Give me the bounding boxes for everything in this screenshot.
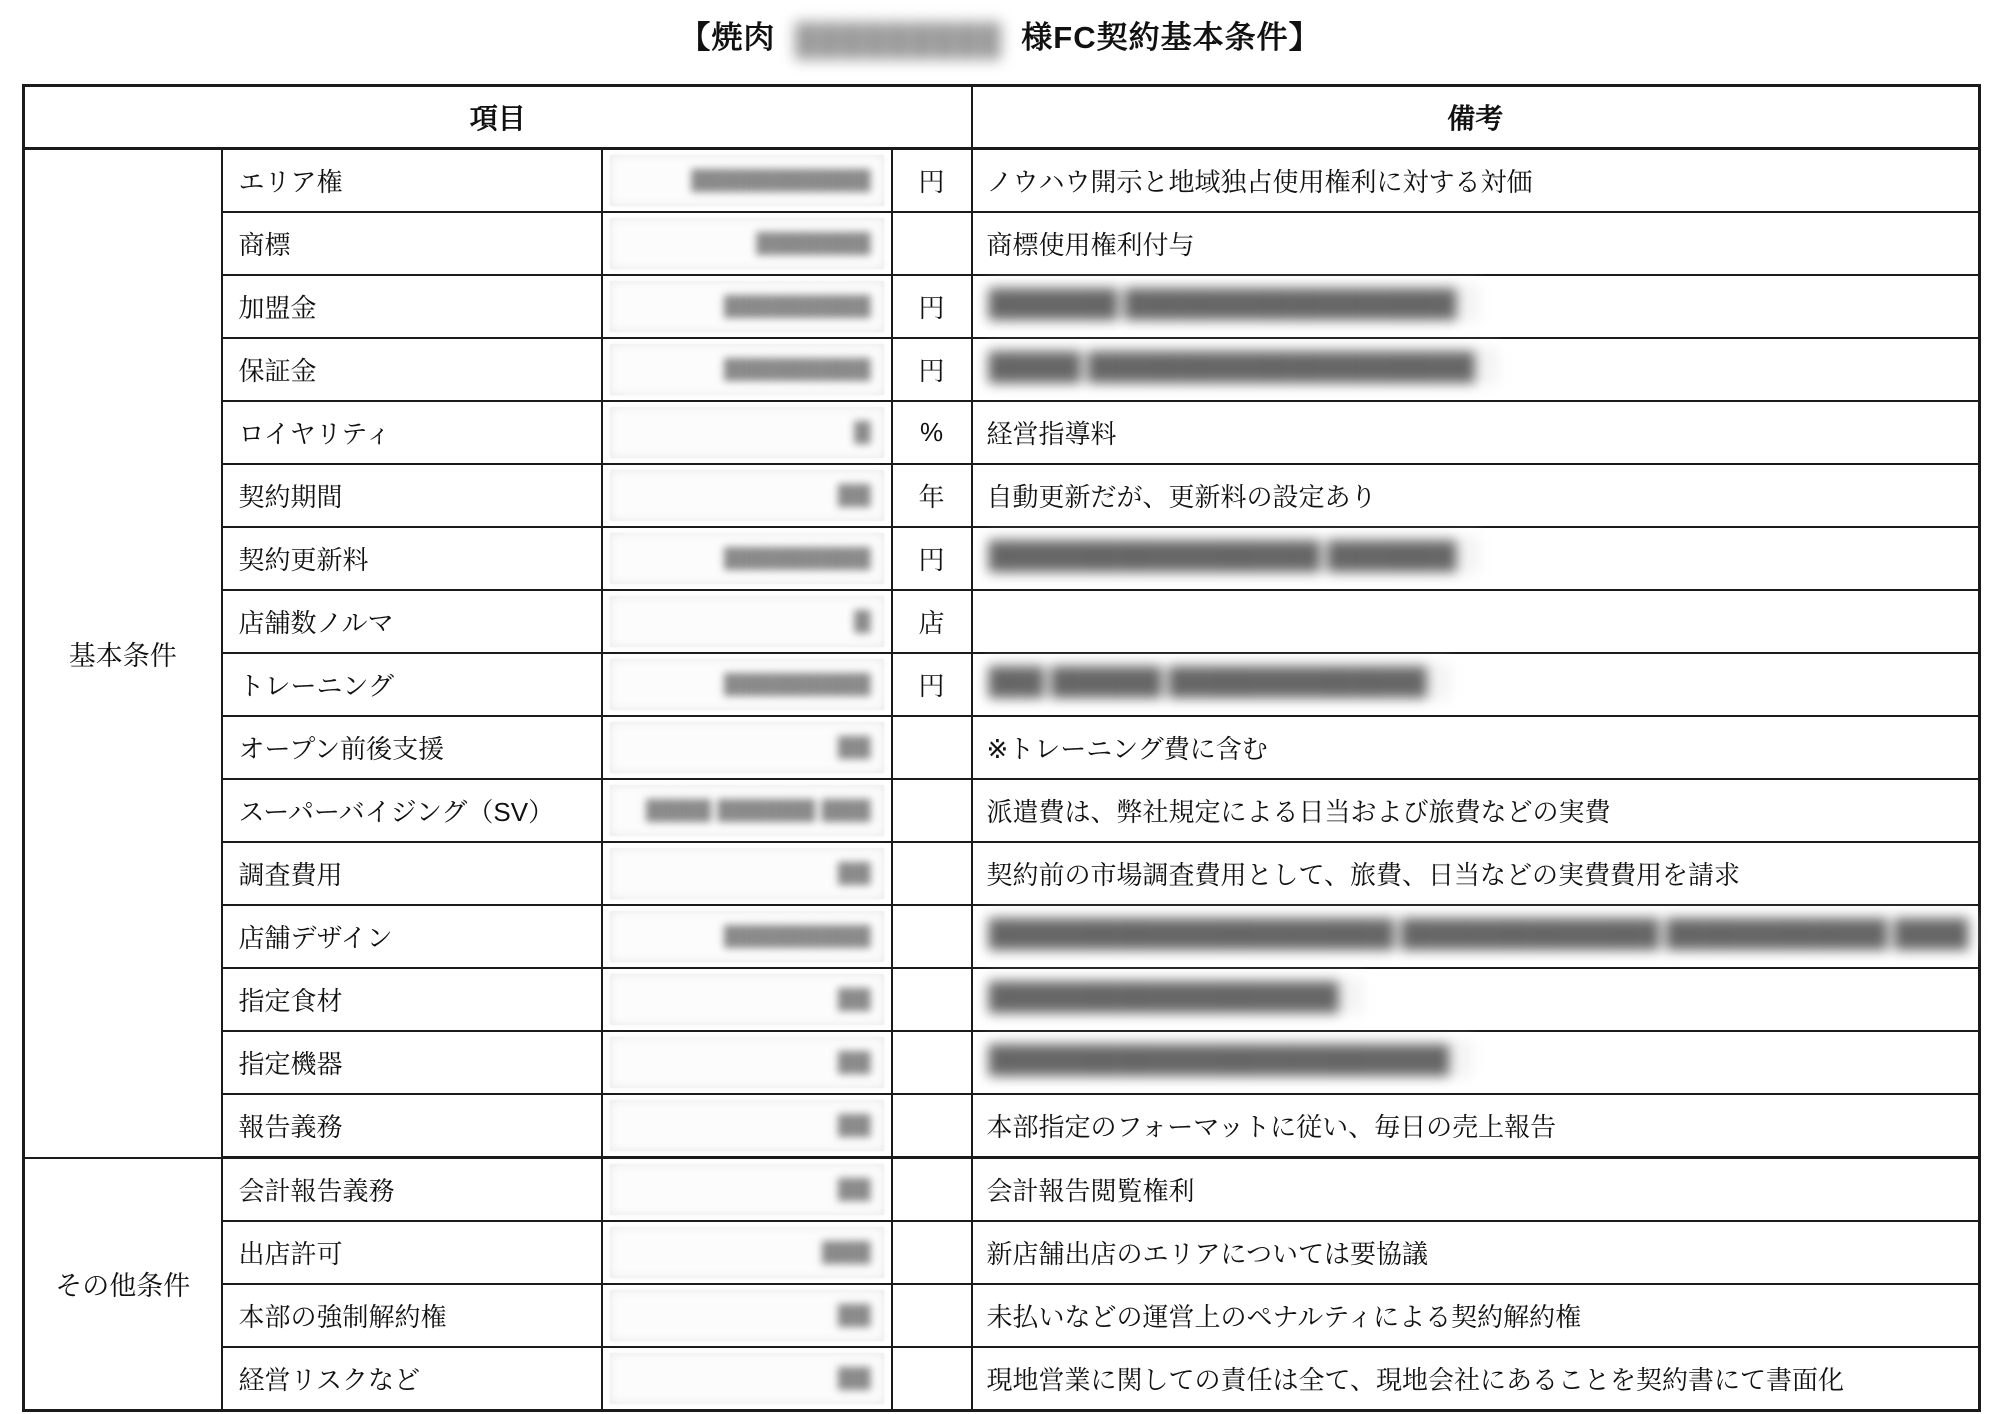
unit-cell bbox=[892, 779, 972, 842]
unit-cell: 円 bbox=[892, 338, 972, 401]
redacted-remark: ██████████████████ ███████ bbox=[987, 536, 1481, 574]
table-row: その他条件 会計報告義務 ██ 会計報告閲覧権利 bbox=[24, 1158, 1980, 1222]
remark-cell: █████████████████████████ bbox=[972, 1031, 1980, 1094]
table-row: トレーニング █████████ 円 ███ ██████ ██████████… bbox=[24, 653, 1980, 716]
unit-cell bbox=[892, 212, 972, 275]
value-cell: ███████████ bbox=[602, 149, 892, 213]
unit-cell: % bbox=[892, 401, 972, 464]
redacted-value-box: ██ bbox=[610, 1353, 884, 1404]
value-cell: ████ ██████ ███ bbox=[602, 779, 892, 842]
table-row: オープン前後支援 ██ ※トレーニング費に含む bbox=[24, 716, 1980, 779]
fc-contract-table: 項目 備考 基本条件 エリア権 ███████████ 円 ノウハウ開示と地域独… bbox=[22, 84, 1981, 1412]
redacted-value-box: █████████ bbox=[610, 533, 884, 584]
redacted-value: ██ bbox=[838, 484, 871, 507]
redacted-value: ██ bbox=[838, 736, 871, 759]
item-cell: 契約期間 bbox=[222, 464, 602, 527]
redacted-value: █████████ bbox=[724, 925, 871, 948]
table-row: 店舗数ノルマ █ 店 bbox=[24, 590, 1980, 653]
redacted-value: ███████████ bbox=[691, 169, 870, 192]
item-cell: 出店許可 bbox=[222, 1221, 602, 1284]
redacted-value: ██ bbox=[838, 1304, 871, 1327]
redacted-value-box: ██ bbox=[610, 1164, 884, 1215]
unit-cell bbox=[892, 1094, 972, 1158]
unit-cell: 年 bbox=[892, 464, 972, 527]
item-cell: 保証金 bbox=[222, 338, 602, 401]
value-cell: █████████ bbox=[602, 275, 892, 338]
redacted-value-box: █████████ bbox=[610, 659, 884, 710]
redacted-value-box: ██ bbox=[610, 722, 884, 773]
value-cell: ██ bbox=[602, 1347, 892, 1411]
value-cell: ███████ bbox=[602, 212, 892, 275]
value-cell: ██ bbox=[602, 1094, 892, 1158]
redacted-value: ██ bbox=[838, 988, 871, 1011]
item-cell: 調査費用 bbox=[222, 842, 602, 905]
table-row: 指定食材 ██ ███████████████████ bbox=[24, 968, 1980, 1031]
remark-cell: ███████ ██████████████████ bbox=[972, 275, 1980, 338]
table-row: 店舗デザイン █████████ ██████████████████████ … bbox=[24, 905, 1980, 968]
col-header-remarks: 備考 bbox=[972, 86, 1980, 149]
redacted-value-box: ██ bbox=[610, 470, 884, 521]
table-row: 本部の強制解約権 ██ 未払いなどの運営上のペナルティによる契約解約権 bbox=[24, 1284, 1980, 1347]
value-cell: █ bbox=[602, 590, 892, 653]
item-cell: オープン前後支援 bbox=[222, 716, 602, 779]
item-cell: 指定食材 bbox=[222, 968, 602, 1031]
redacted-value: █████████ bbox=[724, 547, 871, 570]
redacted-value-box: ███████ bbox=[610, 218, 884, 269]
value-cell: ██ bbox=[602, 1158, 892, 1222]
table-row: 契約期間 ██ 年 自動更新だが、更新料の設定あり bbox=[24, 464, 1980, 527]
redacted-value-box: ██ bbox=[610, 1037, 884, 1088]
redacted-value: ██ bbox=[838, 862, 871, 885]
value-cell: █████████ bbox=[602, 905, 892, 968]
redacted-value: ██ bbox=[838, 1051, 871, 1074]
unit-cell bbox=[892, 1347, 972, 1411]
redacted-value-box: ██ bbox=[610, 974, 884, 1025]
redacted-value: ███████ bbox=[756, 232, 870, 255]
redacted-value: ██ bbox=[838, 1114, 871, 1137]
item-cell: 契約更新料 bbox=[222, 527, 602, 590]
remark-cell: 会計報告閲覧権利 bbox=[972, 1158, 1980, 1222]
remark-cell: ██████████████████ ███████ bbox=[972, 527, 1980, 590]
item-cell: スーパーバイジング（SV） bbox=[222, 779, 602, 842]
item-cell: 店舗デザイン bbox=[222, 905, 602, 968]
redacted-value: ██ bbox=[838, 1178, 871, 1201]
table-row: 報告義務 ██ 本部指定のフォーマットに従い、毎日の売上報告 bbox=[24, 1094, 1980, 1158]
unit-cell bbox=[892, 716, 972, 779]
redacted-remark: ███████ ██████████████████ bbox=[987, 284, 1481, 322]
unit-cell bbox=[892, 905, 972, 968]
redacted-value: █████████ bbox=[724, 295, 871, 318]
item-cell: トレーニング bbox=[222, 653, 602, 716]
category-cell-basic: 基本条件 bbox=[24, 149, 222, 1158]
redacted-value-box: █ bbox=[610, 407, 884, 458]
redacted-value: █ bbox=[854, 421, 870, 444]
value-cell: █████████ bbox=[602, 338, 892, 401]
remark-cell: 経営指導料 bbox=[972, 401, 1980, 464]
unit-cell bbox=[892, 1031, 972, 1094]
item-cell: 加盟金 bbox=[222, 275, 602, 338]
item-cell: ロイヤリティ bbox=[222, 401, 602, 464]
table-row: スーパーバイジング（SV） ████ ██████ ███ 派遣費は、弊社規定に… bbox=[24, 779, 1980, 842]
table-row: 契約更新料 █████████ 円 ██████████████████ ███… bbox=[24, 527, 1980, 590]
value-cell: ██ bbox=[602, 842, 892, 905]
remark-cell: ※トレーニング費に含む bbox=[972, 716, 1980, 779]
item-cell: 経営リスクなど bbox=[222, 1347, 602, 1411]
redacted-remark: ██████████████████████ ██████████████ ██… bbox=[987, 914, 1973, 952]
redacted-value: ███ bbox=[822, 1241, 871, 1264]
unit-cell bbox=[892, 842, 972, 905]
table-row: 経営リスクなど ██ 現地営業に関しての責任は全て、現地会社にあることを契約書に… bbox=[24, 1347, 1980, 1411]
table-row: 保証金 █████████ 円 █████ ██████████████████… bbox=[24, 338, 1980, 401]
remark-cell: 商標使用権利付与 bbox=[972, 212, 1980, 275]
remark-cell: 本部指定のフォーマットに従い、毎日の売上報告 bbox=[972, 1094, 1980, 1158]
remark-cell: 派遣費は、弊社規定による日当および旅費などの実費 bbox=[972, 779, 1980, 842]
redacted-remark: ███ ██████ ██████████████ bbox=[987, 662, 1451, 700]
remark-cell: 自動更新だが、更新料の設定あり bbox=[972, 464, 1980, 527]
unit-cell bbox=[892, 1284, 972, 1347]
redacted-value-box: █████████ bbox=[610, 911, 884, 962]
unit-cell: 円 bbox=[892, 527, 972, 590]
redacted-value: █████████ bbox=[724, 358, 871, 381]
unit-cell: 円 bbox=[892, 149, 972, 213]
item-cell: 商標 bbox=[222, 212, 602, 275]
remark-cell: █████ █████████████████████ bbox=[972, 338, 1980, 401]
remark-cell: ノウハウ開示と地域独占使用権利に対する対価 bbox=[972, 149, 1980, 213]
remark-cell: ███████████████████ bbox=[972, 968, 1980, 1031]
value-cell: ██ bbox=[602, 968, 892, 1031]
redacted-remark: ███████████████████ bbox=[987, 977, 1363, 1015]
title-suffix: 様FC契約基本条件】 bbox=[1021, 20, 1320, 55]
table-row: 加盟金 █████████ 円 ███████ ████████████████… bbox=[24, 275, 1980, 338]
page-title: 【焼肉 █████████ 様FC契約基本条件】 bbox=[0, 12, 2000, 58]
remark-cell: ██████████████████████ ██████████████ ██… bbox=[972, 905, 1980, 968]
redacted-value-box: ██ bbox=[610, 1100, 884, 1151]
table-row: 指定機器 ██ █████████████████████████ bbox=[24, 1031, 1980, 1094]
table-row: 出店許可 ███ 新店舗出店のエリアについては要協議 bbox=[24, 1221, 1980, 1284]
col-header-item: 項目 bbox=[24, 86, 972, 149]
redacted-value: █ bbox=[854, 610, 870, 633]
unit-cell: 円 bbox=[892, 275, 972, 338]
value-cell: ███ bbox=[602, 1221, 892, 1284]
item-cell: 店舗数ノルマ bbox=[222, 590, 602, 653]
item-cell: 本部の強制解約権 bbox=[222, 1284, 602, 1347]
redacted-value-box: ██ bbox=[610, 1290, 884, 1341]
redacted-value: ████ ██████ ███ bbox=[646, 799, 871, 822]
remark-cell: 新店舗出店のエリアについては要協議 bbox=[972, 1221, 1980, 1284]
item-cell: エリア権 bbox=[222, 149, 602, 213]
redacted-value-box: ████ ██████ ███ bbox=[610, 785, 884, 836]
table-row: ロイヤリティ █ % 経営指導料 bbox=[24, 401, 1980, 464]
value-cell: ██ bbox=[602, 1031, 892, 1094]
redacted-value-box: █████████ bbox=[610, 281, 884, 332]
remark-cell: 現地営業に関しての責任は全て、現地会社にあることを契約書にて書面化 bbox=[972, 1347, 1980, 1411]
redacted-value: █████████ bbox=[724, 673, 871, 696]
value-cell: █████████ bbox=[602, 653, 892, 716]
redacted-value-box: ███ bbox=[610, 1227, 884, 1278]
table-row: 調査費用 ██ 契約前の市場調査費用として、旅費、日当などの実費費用を請求 bbox=[24, 842, 1980, 905]
item-cell: 報告義務 bbox=[222, 1094, 602, 1158]
remark-cell bbox=[972, 590, 1980, 653]
table-row: 基本条件 エリア権 ███████████ 円 ノウハウ開示と地域独占使用権利に… bbox=[24, 149, 1980, 213]
remark-cell: 契約前の市場調査費用として、旅費、日当などの実費費用を請求 bbox=[972, 842, 1980, 905]
redacted-value-box: ██ bbox=[610, 848, 884, 899]
category-cell-other: その他条件 bbox=[24, 1158, 222, 1411]
value-cell: ██ bbox=[602, 716, 892, 779]
redacted-remark: █████ █████████████████████ bbox=[987, 347, 1499, 385]
table-row: 商標 ███████ 商標使用権利付与 bbox=[24, 212, 1980, 275]
redacted-value-box: ███████████ bbox=[610, 155, 884, 206]
unit-cell: 店 bbox=[892, 590, 972, 653]
header-row: 項目 備考 bbox=[24, 86, 1980, 149]
value-cell: █ bbox=[602, 401, 892, 464]
redacted-value-box: █████████ bbox=[610, 344, 884, 395]
title-prefix: 【焼肉 bbox=[679, 20, 775, 55]
item-cell: 会計報告義務 bbox=[222, 1158, 602, 1222]
redacted-value-box: █ bbox=[610, 596, 884, 647]
value-cell: █████████ bbox=[602, 527, 892, 590]
unit-cell bbox=[892, 1221, 972, 1284]
unit-cell: 円 bbox=[892, 653, 972, 716]
redacted-remark: █████████████████████████ bbox=[987, 1040, 1474, 1078]
redacted-value: ██ bbox=[838, 1367, 871, 1390]
title-restaurant-name-redacted: █████████ bbox=[795, 22, 1002, 58]
value-cell: ██ bbox=[602, 464, 892, 527]
item-cell: 指定機器 bbox=[222, 1031, 602, 1094]
unit-cell bbox=[892, 1158, 972, 1222]
unit-cell bbox=[892, 968, 972, 1031]
value-cell: ██ bbox=[602, 1284, 892, 1347]
remark-cell: 未払いなどの運営上のペナルティによる契約解約権 bbox=[972, 1284, 1980, 1347]
remark-cell: ███ ██████ ██████████████ bbox=[972, 653, 1980, 716]
